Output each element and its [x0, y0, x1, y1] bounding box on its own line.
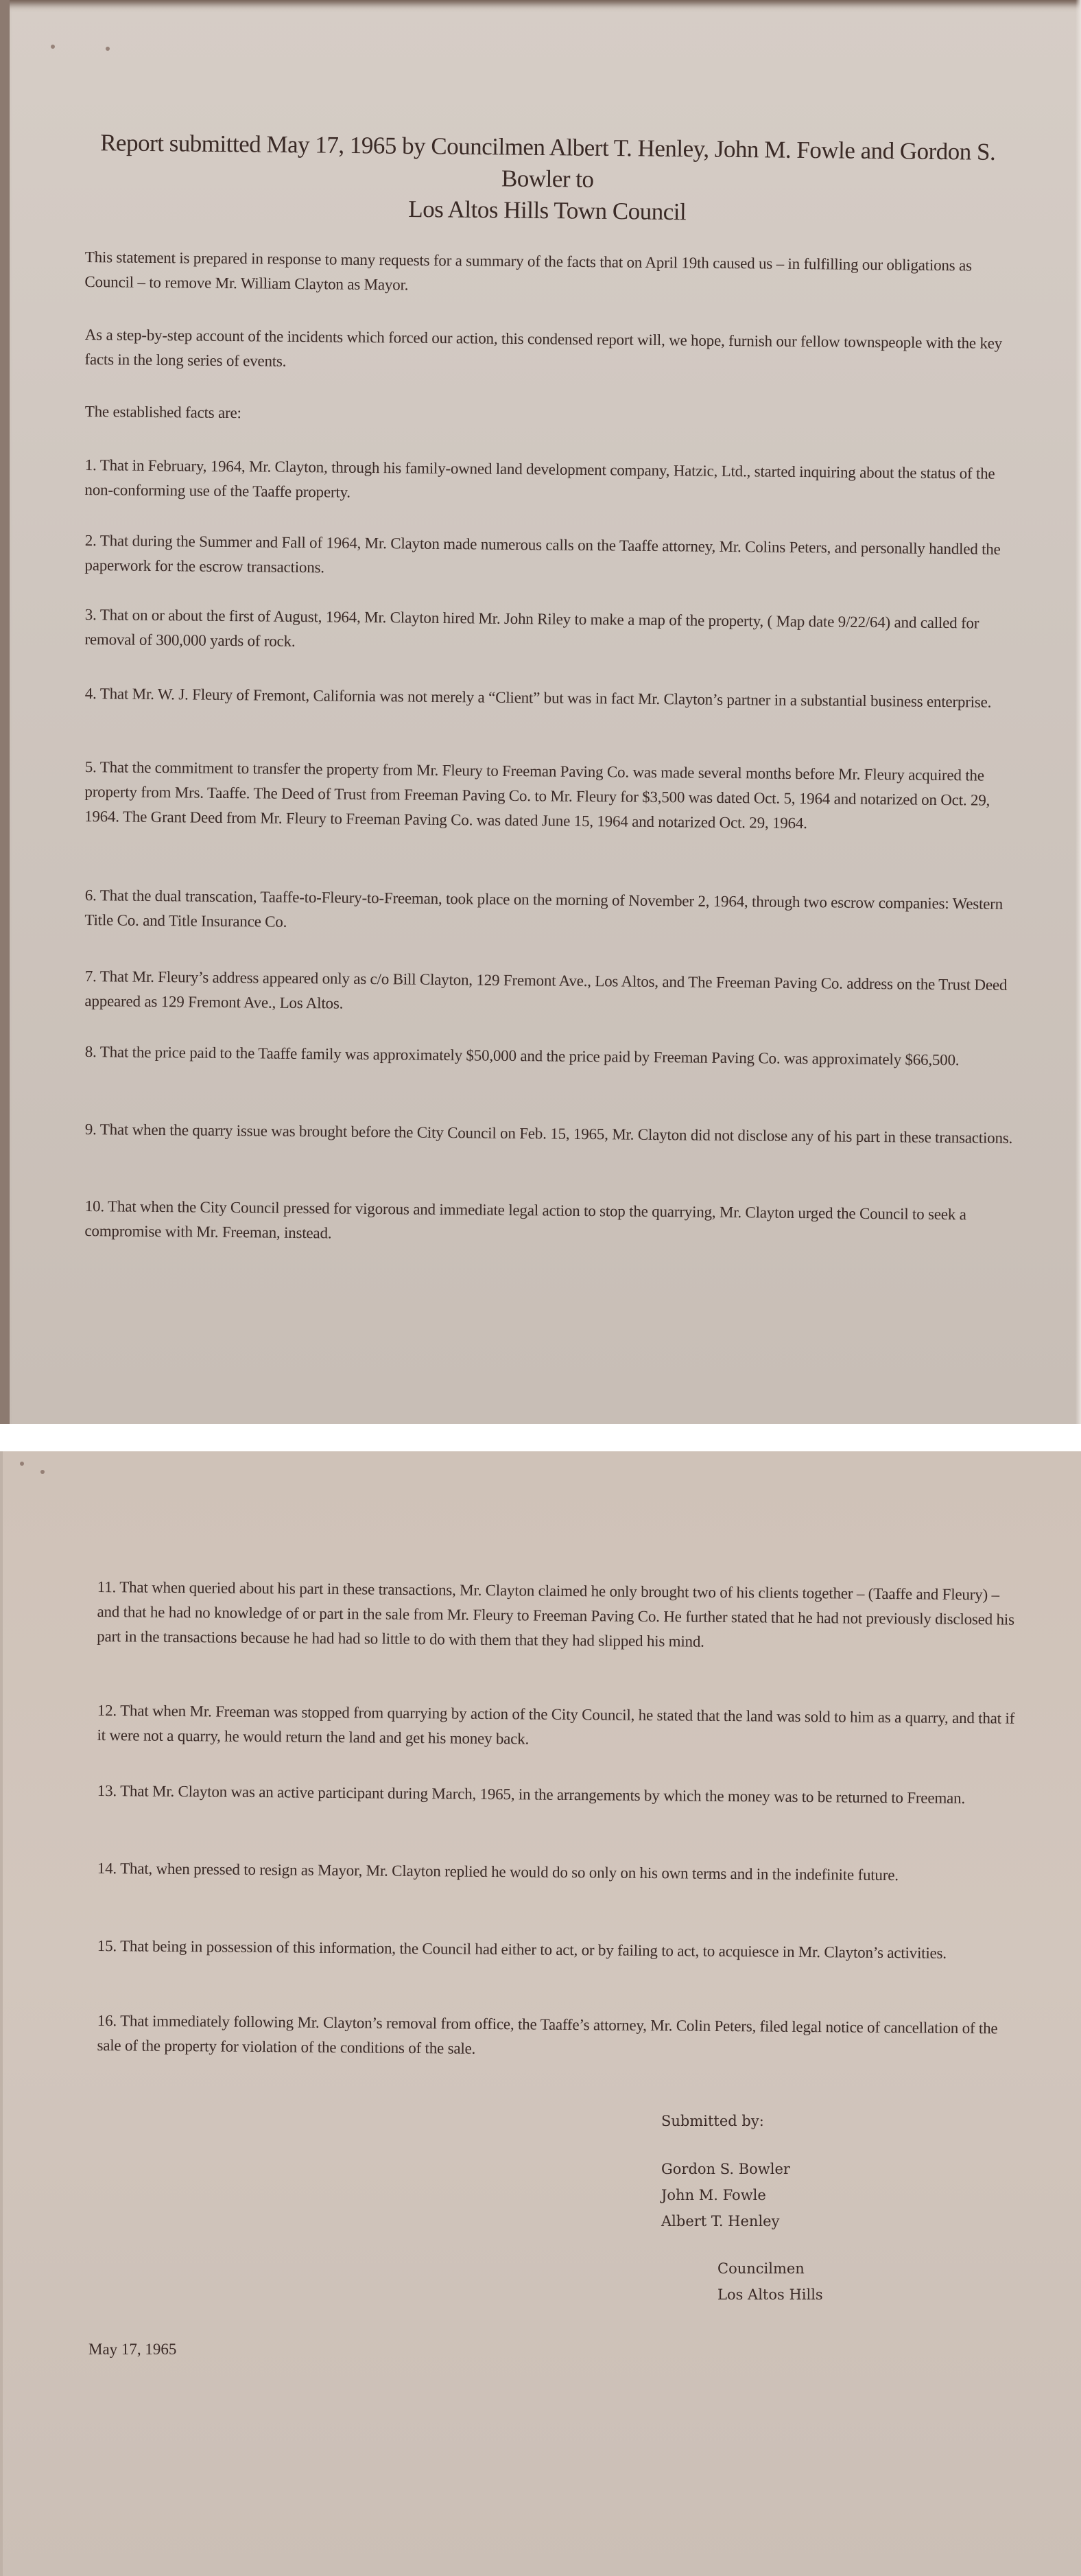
signatory-name-1: Gordon S. Bowler — [661, 2156, 790, 2182]
fact-item-15: 15. That being in possession of this inf… — [97, 1934, 1017, 1967]
paper-speck — [51, 45, 55, 49]
fact-item-6: 6. That the dual transcation, Taaffe-to-… — [84, 883, 1018, 941]
document-date: May 17, 1965 — [88, 2337, 176, 2363]
intro-paragraph-2: As a step-by-step account of the inciden… — [84, 323, 1018, 381]
signatory-title-town: Los Altos Hills — [717, 2282, 823, 2308]
fact-item-11: 11. That when queried about his part in … — [97, 1575, 1017, 1657]
fact-item-7: 7. That Mr. Fleury’s address appeared on… — [84, 964, 1018, 1022]
fact-item-4: 4. That Mr. W. J. Fleury of Fremont, Cal… — [85, 681, 1018, 715]
signatory-name-2: John M. Fowle — [661, 2182, 766, 2208]
paper-speck — [40, 1470, 45, 1474]
paper-speck — [20, 1462, 24, 1466]
fact-item-13: 13. That Mr. Clayton was an active parti… — [97, 1779, 1017, 1812]
facts-heading: The established facts are: — [85, 399, 1018, 433]
fact-item-9: 9. That when the quarry issue was brough… — [85, 1117, 1018, 1151]
fact-item-12: 12. That when Mr. Freeman was stopped fr… — [97, 1698, 1017, 1756]
intro-paragraph-1: This statement is prepared in response t… — [84, 245, 1018, 303]
report-title-line-1: Report submitted May 17, 1965 by Council… — [84, 127, 1011, 200]
paper-speck — [106, 47, 110, 51]
document-page-1: Report submitted May 17, 1965 by Council… — [0, 0, 1081, 1424]
fact-item-5: 5. That the commitment to transfer the p… — [84, 755, 1018, 838]
fact-item-14: 14. That, when pressed to resign as Mayo… — [97, 1856, 1017, 1889]
submitted-by-label: Submitted by: — [661, 2108, 764, 2134]
report-title: Report submitted May 17, 1965 by Council… — [84, 127, 1011, 231]
document-page-2: 11. That when queried about his part in … — [0, 1451, 1081, 2576]
fact-item-16: 16. That immediately following Mr. Clayt… — [97, 2009, 1017, 2066]
fact-item-1: 1. That in February, 1964, Mr. Clayton, … — [84, 453, 1018, 511]
signatory-name-3: Albert T. Henley — [661, 2208, 779, 2234]
fact-item-3: 3. That on or about the first of August,… — [84, 602, 1018, 661]
fact-item-10: 10. That when the City Council pressed f… — [84, 1194, 1018, 1252]
fact-item-2: 2. That during the Summer and Fall of 19… — [84, 528, 1018, 587]
fact-item-8: 8. That the price paid to the Taaffe fam… — [85, 1040, 1018, 1073]
signatory-title-councilmen: Councilmen — [717, 2256, 805, 2282]
